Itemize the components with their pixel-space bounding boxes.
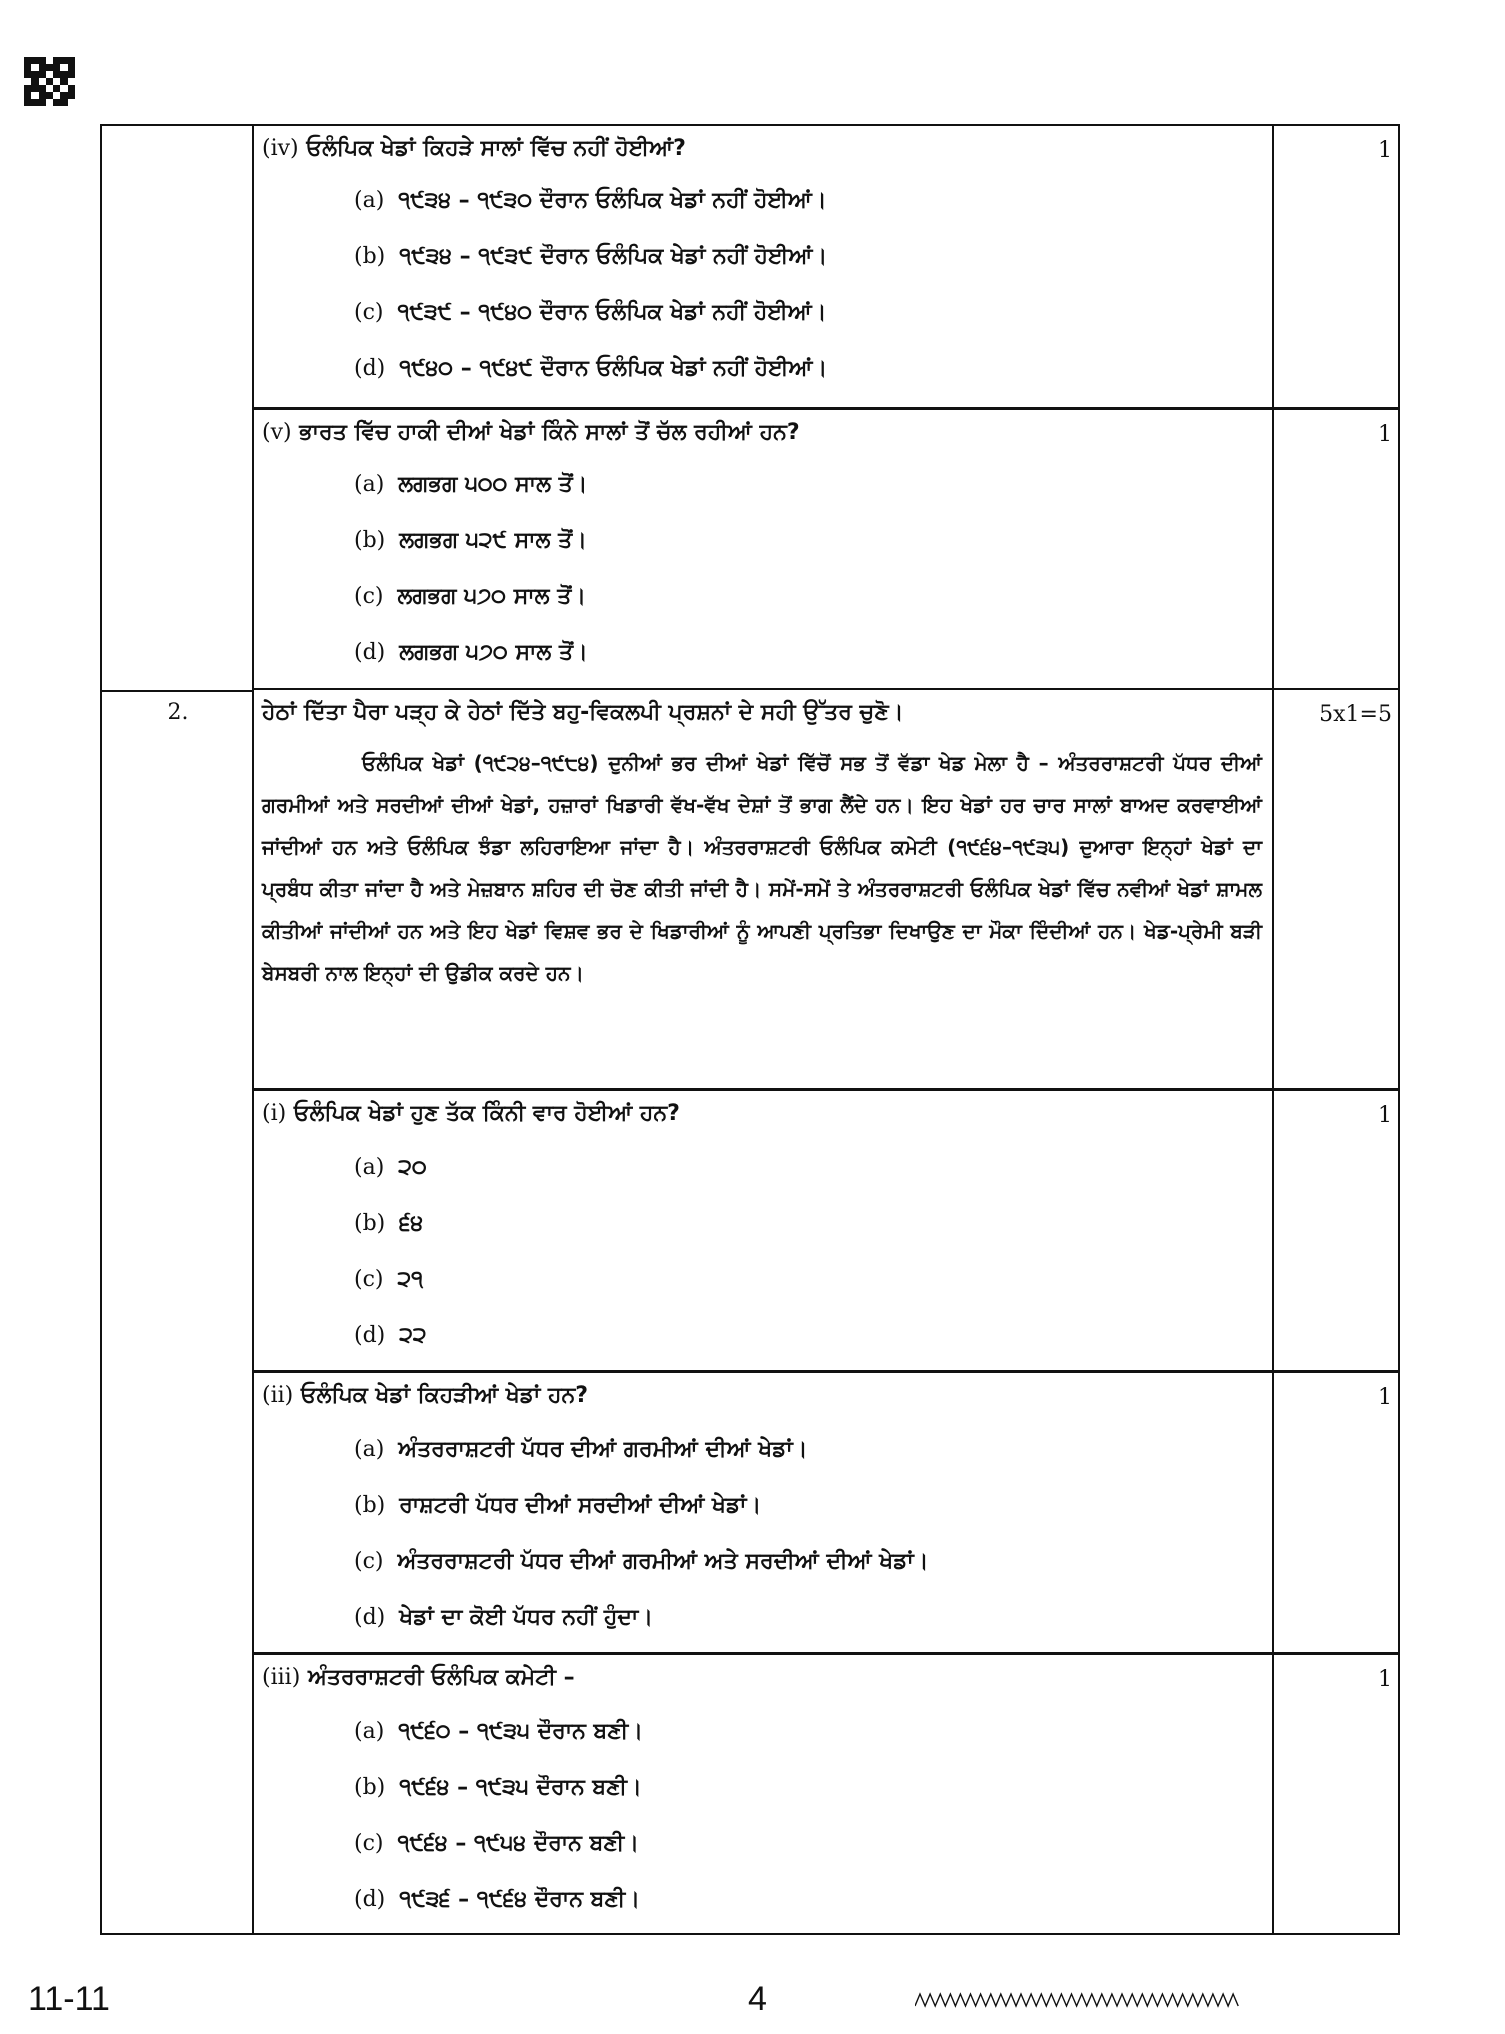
question-row-q2-i: (i) ਓਲੰਪਿਕ ਖੇਡਾਂ ਹੁਣ ਤੱਕ ਕਿੰਨੀ ਵਾਰ ਹੋਈਆਂ… <box>254 1088 1400 1370</box>
paper-code: 11-11 <box>28 1980 110 2019</box>
option-c: (c)੨੧ <box>354 1267 423 1292</box>
option-c: (c)ਅੰਤਰਰਾਸ਼ਟਰੀ ਪੱਧਰ ਦੀਆਂ ਗਰਮੀਆਂ ਅਤੇ ਸਰਦੀ… <box>354 1549 929 1574</box>
question-text: (iii) ਅੰਤਰਰਾਸ਼ਟਰੀ ਓਲੰਪਿਕ ਕਮੇਟੀ – <box>262 1665 575 1690</box>
option-a: (a)ਲਗਭਗ ੫੦੦ ਸਾਲ ਤੋਂ। <box>354 472 588 497</box>
option-d: (d)ਖੇਡਾਂ ਦਾ ਕੋਈ ਪੱਧਰ ਨਹੀਂ ਹੁੰਦਾ। <box>354 1605 653 1630</box>
question-number-column: 2. <box>102 126 254 1933</box>
marks: 1 <box>1378 1103 1392 1128</box>
option-c: (c)੧੯੬੪ – ੧੯੫੪ ਦੌਰਾਨ ਬਣੀ। <box>354 1831 639 1856</box>
question-table: 2. (iv) ਓਲੰਪਿਕ ਖੇਡਾਂ ਕਿਹੜੇ ਸਾਲਾਂ ਵਿੱਚ ਨਹ… <box>100 124 1400 1935</box>
option-b: (b)੧੯੬੪ – ੧੯੩੫ ਦੌਰਾਨ ਬਣੀ। <box>354 1775 642 1800</box>
question-text: (iv) ਓਲੰਪਿਕ ਖੇਡਾਂ ਕਿਹੜੇ ਸਾਲਾਂ ਵਿੱਚ ਨਹੀਂ … <box>262 136 686 161</box>
option-b: (b)ਰਾਸ਼ਟਰੀ ਪੱਧਰ ਦੀਆਂ ਸਰਦੀਆਂ ਦੀਆਂ ਖੇਡਾਂ। <box>354 1493 761 1518</box>
option-d: (d)੧੯੩੬ – ੧੯੬੪ ਦੌਰਾਨ ਬਣੀ। <box>354 1887 640 1912</box>
question-row-q2-ii: (ii) ਓਲੰਪਿਕ ਖੇਡਾਂ ਕਿਹੜੀਆਂ ਖੇਡਾਂ ਹਨ? (a)ਅ… <box>254 1370 1400 1652</box>
question-number: 2. <box>102 700 254 725</box>
qr-code <box>24 57 75 106</box>
marks: 5x1=5 <box>1319 702 1392 727</box>
option-c: (c)ਲਗਭਗ ੫੭੦ ਸਾਲ ਤੋਂ। <box>354 584 586 609</box>
passage-text: ਓਲੰਪਿਕ ਖੇਡਾਂ (੧੯੨੪–੧੯੮੪) ਦੁਨੀਆਂ ਭਰ ਦੀਆਂ … <box>262 742 1262 994</box>
question-text: (v) ਭਾਰਤ ਵਿੱਚ ਹਾਕੀ ਦੀਆਂ ਖੇਡਾਂ ਕਿੰਨੇ ਸਾਲਾ… <box>262 420 800 445</box>
question-row-q1-v: (v) ਭਾਰਤ ਵਿੱਚ ਹਾਕੀ ਦੀਆਂ ਖੇਡਾਂ ਕਿੰਨੇ ਸਾਲਾ… <box>254 407 1400 690</box>
option-a: (a)ਅੰਤਰਰਾਸ਼ਟਰੀ ਪੱਧਰ ਦੀਆਂ ਗਰਮੀਆਂ ਦੀਆਂ ਖੇਡ… <box>354 1437 808 1462</box>
wavy-line-decoration <box>915 1992 1240 2008</box>
page-number: 4 <box>748 1980 767 2019</box>
option-d: (d)੨੨ <box>354 1323 427 1348</box>
marks: 1 <box>1378 1667 1392 1692</box>
question-text: (ii) ਓਲੰਪਿਕ ਖੇਡਾਂ ਕਿਹੜੀਆਂ ਖੇਡਾਂ ਹਨ? <box>262 1383 588 1408</box>
marks: 1 <box>1378 422 1392 447</box>
question-row-q2-iii: (iii) ਅੰਤਰਰਾਸ਼ਟਰੀ ਓਲੰਪਿਕ ਕਮੇਟੀ – (a)੧੯੬੦… <box>254 1652 1400 1933</box>
option-b: (b)੧੯੩੪ – ੧੯੩੯ ਦੌਰਾਨ ਓਲੰਪਿਕ ਖੇਡਾਂ ਨਹੀਂ ਹ… <box>354 244 827 269</box>
question-row-q1-iv: (iv) ਓਲੰਪਿਕ ਖੇਡਾਂ ਕਿਹੜੇ ਸਾਲਾਂ ਵਿੱਚ ਨਹੀਂ … <box>254 126 1400 409</box>
option-c: (c)੧੯੩੯ – ੧੯੪੦ ਦੌਰਾਨ ਓਲੰਪਿਕ ਖੇਡਾਂ ਨਹੀਂ ਹ… <box>354 300 827 325</box>
instruction-text: ਹੇਠਾਂ ਦਿੱਤਾ ਪੈਰਾ ਪੜ੍ਹ ਕੇ ਹੇਠਾਂ ਦਿੱਤੇ ਬਹੁ… <box>262 700 904 725</box>
question-text: (i) ਓਲੰਪਿਕ ਖੇਡਾਂ ਹੁਣ ਤੱਕ ਕਿੰਨੀ ਵਾਰ ਹੋਈਆਂ… <box>262 1101 680 1126</box>
option-b: (b)ਲਗਭਗ ੫੨੯ ਸਾਲ ਤੋਂ। <box>354 528 587 553</box>
option-a: (a)੧੯੩੪ – ੧੯੩੦ ਦੌਰਾਨ ਓਲੰਪਿਕ ਖੇਡਾਂ ਨਹੀਂ ਹ… <box>354 188 827 213</box>
option-b: (b)੬੪ <box>354 1211 423 1236</box>
option-a: (a)੨੦ <box>354 1155 427 1180</box>
option-d: (d)੧੯੪੦ – ੧੯੪੯ ਦੌਰਾਨ ਓਲੰਪਿਕ ਖੇਡਾਂ ਨਹੀਂ ਹ… <box>354 356 827 381</box>
option-d: (d)ਲਗਭਗ ੫੭੦ ਸਾਲ ਤੋਂ। <box>354 640 588 665</box>
question-2-passage-row: ਹੇਠਾਂ ਦਿੱਤਾ ਪੈਰਾ ਪੜ੍ਹ ਕੇ ਹੇਠਾਂ ਦਿੱਤੇ ਬਹੁ… <box>254 688 1400 1090</box>
marks: 1 <box>1378 138 1392 163</box>
marks: 1 <box>1378 1385 1392 1410</box>
option-a: (a)੧੯੬੦ – ੧੯੩੫ ਦੌਰਾਨ ਬਣੀ। <box>354 1719 643 1744</box>
